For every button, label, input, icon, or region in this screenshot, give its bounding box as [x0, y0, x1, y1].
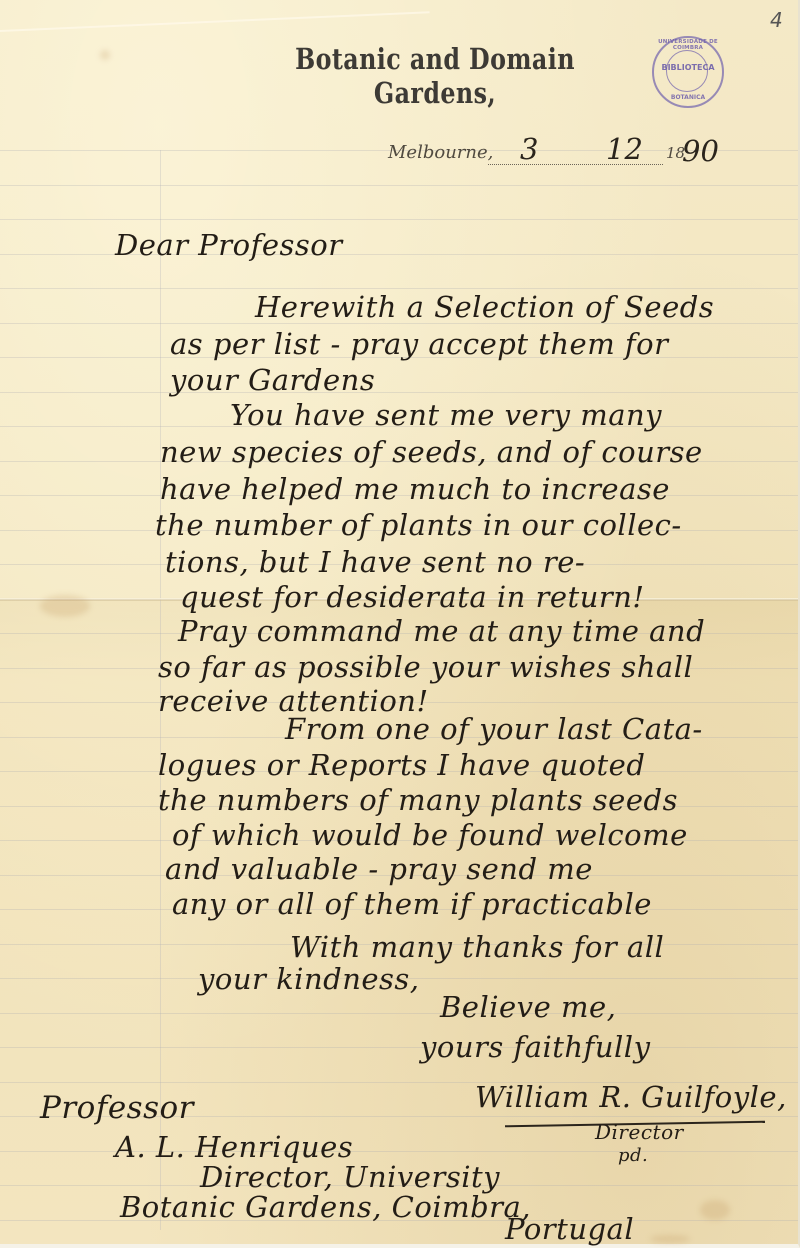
body-line: have helped me much to increase — [160, 472, 670, 506]
addressee-line: Botanic Gardens, Coimbra, — [120, 1190, 531, 1224]
body-line: tions, but I have sent no re- — [165, 545, 585, 579]
place-name: Melbourne, — [388, 142, 493, 163]
letterhead: Botanic and Domain Gardens, — [283, 42, 586, 110]
body-line: From one of your last Cata- — [285, 712, 703, 746]
stamp-center-text: BIBLIOTECA — [654, 63, 722, 72]
body-line: new species of seeds, and of course — [160, 435, 703, 469]
date-day: 3 — [520, 132, 538, 166]
page-number: 4 — [770, 8, 783, 32]
addressee-line: A. L. Henriques — [115, 1130, 353, 1164]
body-line: of which would be found welcome — [172, 818, 688, 852]
body-line: logues or Reports I have quoted — [158, 748, 645, 782]
body-line: your kindness, — [198, 962, 420, 996]
signature: William R. Guilfoyle, — [475, 1080, 787, 1114]
place-date-line: Melbourne, 3 12 18 90 — [388, 136, 708, 176]
ruled-line — [0, 1047, 798, 1048]
signature-suffix: pd. — [618, 1145, 648, 1166]
addressee-line: Professor — [40, 1090, 194, 1126]
paper-crease — [0, 11, 430, 32]
date-month: 12 — [606, 132, 643, 166]
addressee-line: Portugal — [505, 1212, 634, 1246]
stain — [100, 50, 110, 60]
ruled-line — [0, 185, 798, 186]
body-line: your Gardens — [170, 363, 375, 397]
body-line: and valuable - pray send me — [165, 852, 593, 886]
body-line: You have sent me very many — [230, 398, 662, 432]
body-line: Herewith a Selection of Seeds — [255, 290, 714, 324]
stain — [650, 1235, 690, 1243]
signature-title: Director — [595, 1120, 684, 1144]
date-year-handwritten: 90 — [682, 134, 719, 168]
salutation: Dear Professor — [115, 228, 343, 262]
stain — [40, 595, 90, 617]
library-stamp: UNIVERSIDADE DE COIMBRA BIBLIOTECA BOTAN… — [652, 36, 724, 108]
body-line: as per list - pray accept them for — [170, 327, 668, 361]
closing-line: yours faithfully — [420, 1030, 650, 1064]
ruled-line — [0, 1013, 798, 1014]
stain — [700, 1200, 730, 1220]
body-line: quest for desiderata in return! — [180, 580, 645, 614]
body-line: so far as possible your wishes shall — [158, 650, 693, 684]
body-line: any or all of them if practicable — [172, 887, 652, 921]
ruled-line — [0, 288, 798, 289]
letter-paper: 4 Botanic and Domain Gardens, UNIVERSIDA… — [0, 0, 800, 1248]
body-line: the numbers of many plants seeds — [158, 783, 678, 817]
ruled-line — [0, 392, 798, 393]
ruled-line — [0, 219, 798, 220]
stamp-ring-text: UNIVERSIDADE DE COIMBRA — [654, 39, 722, 51]
body-line: With many thanks for all — [290, 930, 664, 964]
stamp-bottom-text: BOTANICA — [654, 94, 722, 101]
addressee-line: Director, University — [200, 1160, 500, 1194]
closing-line: Believe me, — [440, 990, 616, 1024]
body-line: the number of plants in our collec- — [155, 508, 682, 542]
body-line: Pray command me at any time and — [178, 614, 705, 648]
